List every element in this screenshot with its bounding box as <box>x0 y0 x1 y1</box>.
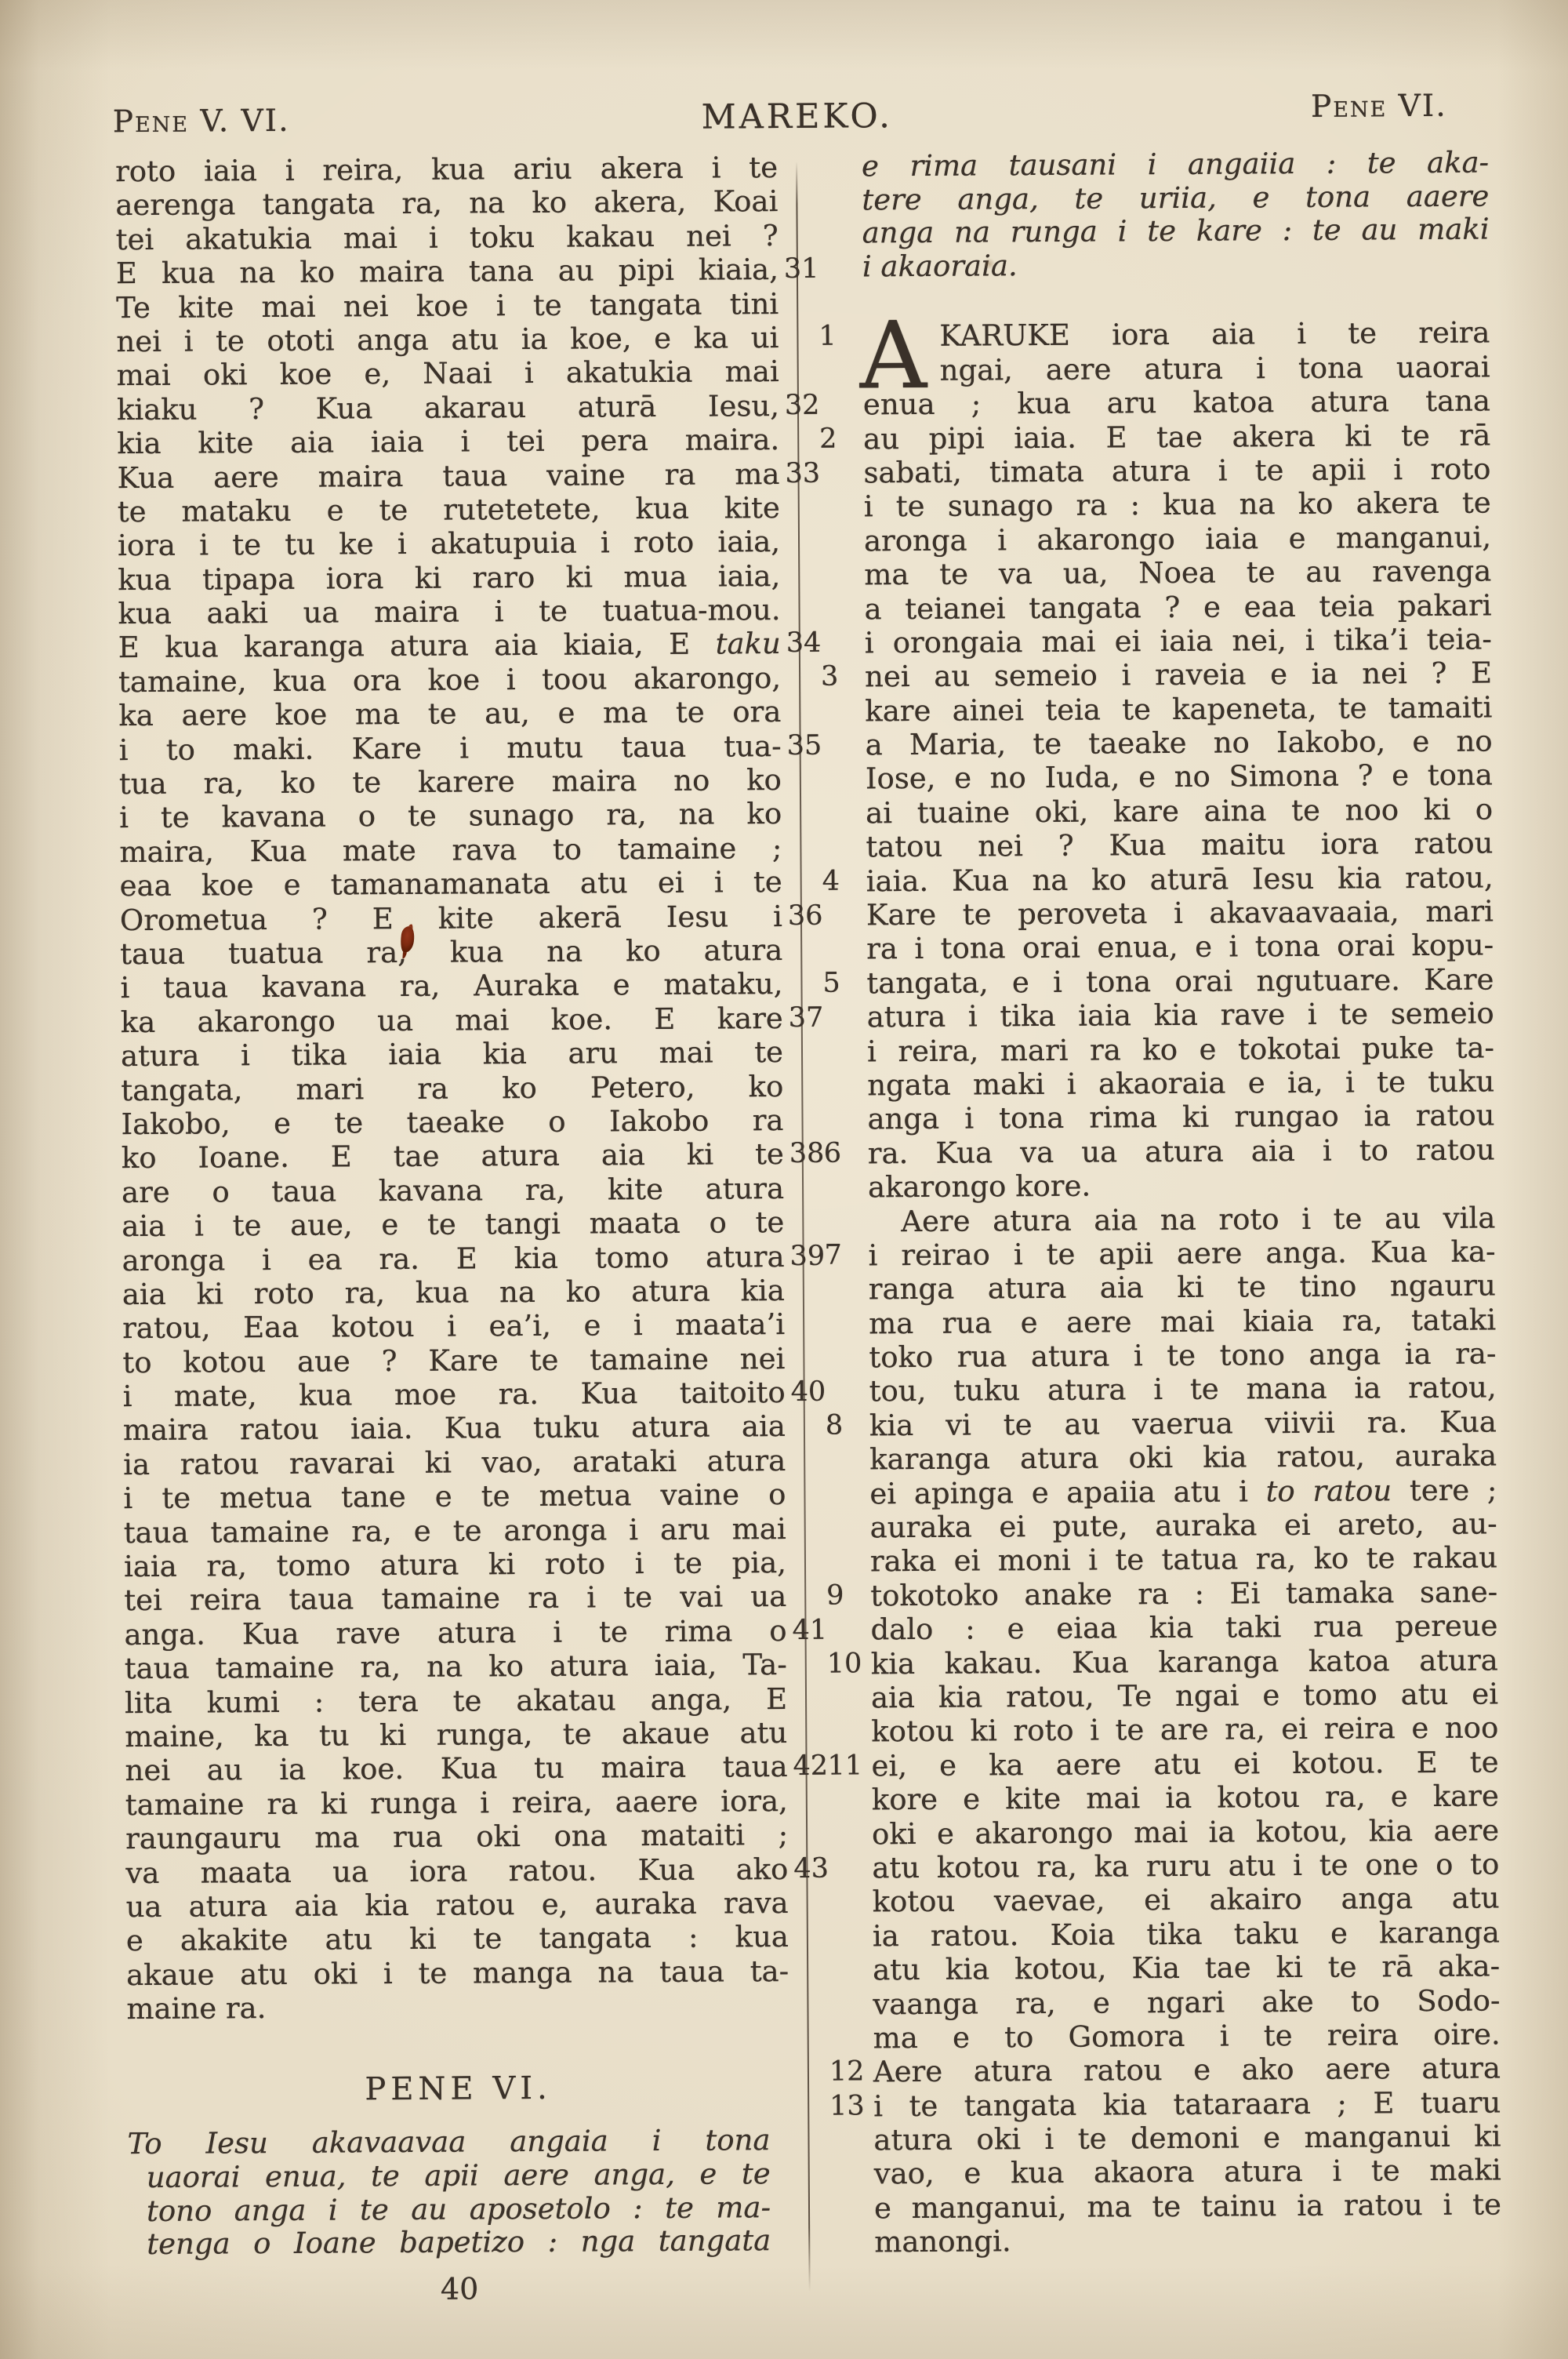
text-line: ka akarongo ua mai koe. E kare37 <box>121 1001 783 1040</box>
text-line: a Maria, te taeake no Iakobo, e no <box>865 725 1492 762</box>
text-line: va maata ua iora ratou. Kua ako43 <box>125 1852 788 1891</box>
text-line: i te metua tane e te metua vaine o <box>123 1478 786 1516</box>
text-line: atura i tika iaia kia rave i te semeio <box>867 997 1494 1034</box>
text-line: a teianei tangata ? e eaa teia pakari <box>864 588 1491 626</box>
text-line: are o taua kavana ra, kite atura <box>122 1172 784 1210</box>
text-line: lita kumi : tera te akatau anga, E <box>125 1682 787 1721</box>
text-line: taua tuatua ra, kua na ko atura <box>120 933 782 972</box>
text-line: ratou, Eaa kotou i ea’i, e i maata’i <box>122 1307 785 1346</box>
text-line: raungauru ma rua oki ona mataiti ; <box>125 1818 788 1856</box>
text-line: Orometua ? E kite akerā Iesu i36 <box>120 900 782 938</box>
book-page-scan: Pene V. VI. MAREKO. Pene VI. roto iaia i… <box>0 0 1568 2359</box>
text-line: taua tamaine ra, e te aronga i aru mai <box>124 1512 786 1550</box>
text-line: kua tipapa iora ki raro ki mua iaia, <box>118 559 780 598</box>
text-line: maira, Kua mate rava to tamaine ; <box>119 831 782 870</box>
text-line: kia kite aia iaia i tei pera maira. <box>117 423 779 461</box>
running-head-left: Pene V. VI. <box>113 104 290 140</box>
text-line: kiaku ? Kua akarau aturā Iesu,32 <box>117 389 779 427</box>
verse-number: 32 <box>785 388 848 423</box>
text-line: kare ainei teia te kapeneta, te tamaiti <box>865 690 1492 728</box>
text-line: nei i te ototi anga atu ia koe, e ka ui <box>116 321 779 359</box>
text-line: tamaine ra ki runga i reira, aaere iora, <box>125 1784 788 1823</box>
text-line: dalo : e eiaa kia taki rua pereue <box>870 1609 1497 1647</box>
right-column: e rima tausani i angaiia : te aka-tere a… <box>862 146 1501 2259</box>
text-line: ra. Kua va ua atura aia i to ratou6 <box>868 1132 1495 1170</box>
text-line: ia ratou. Koia tika taku e karanga <box>873 1915 1500 1953</box>
text-line: To Iesu akavaavaa angaia i tona <box>127 2125 770 2162</box>
text-line: i mate, kua moe ra. Kua taitoito40 <box>123 1376 786 1414</box>
text-line: atu kotou ra, ka ruru atu i te one o to <box>872 1847 1499 1885</box>
text-line: e manganui, ma te tainu ia ratou i te <box>874 2187 1501 2225</box>
text-line: anga i tona rima ki rungao ia ratou <box>867 1099 1494 1136</box>
text-line: i taua kavana ra, Auraka e mataku, <box>120 967 782 1005</box>
text-line: akaue atu oki i te manga na taua ta- <box>126 1954 789 1993</box>
text-line: atu kia kotou, Kia tae ki te rā aka- <box>873 1950 1500 1987</box>
text-line: i reirao i te apii aere anga. Kua ka-7 <box>868 1234 1495 1272</box>
left-column: roto iaia i reira, kua ariu akera i teae… <box>115 151 791 2308</box>
verse-number: 35 <box>786 729 849 763</box>
text-line: ngata maki i akaoraia e ia, i te tuku <box>867 1064 1494 1102</box>
verse-number: 9 <box>826 1579 867 1613</box>
text-line: kia kakau. Kua karanga katoa atura10 <box>871 1643 1498 1681</box>
text-line: tokotoko anake ra : Ei tamaka sane-9 <box>870 1575 1497 1612</box>
running-head-title: MAREKO. <box>701 96 893 136</box>
verse-number: 3 <box>821 660 862 695</box>
text-line: te mataku e te rutetetete, kua kite <box>118 491 780 529</box>
text-line: tono anga i te au aposetolo : te ma- <box>128 2191 771 2229</box>
text-line: i te kavana o te sunago ra, na ko <box>119 797 782 835</box>
text-line: uaorai enua, te apii aere anga, e te <box>128 2157 771 2195</box>
text-line: i orongaia mai ei iaia nei, i tika’i tei… <box>865 622 1492 660</box>
text-line: maine, ka tu ki runga, te akaue atu <box>125 1716 787 1754</box>
text-line: akarongo kore. <box>868 1167 1495 1205</box>
text-line: ma te va ua, Noea te au ravenga <box>864 554 1491 592</box>
text-line: nei au semeio i raveia e ia nei ? E3 <box>865 656 1492 694</box>
text-line: sabati, timata atura i te apii i roto <box>863 452 1490 489</box>
text-line: tangata, e i tona orai ngutuare. Kare5 <box>866 962 1494 1000</box>
text-line: tei akatukia mai i toku kakau nei ? <box>116 219 779 257</box>
text-line: aia kia ratou, Te ngai e tomo atu ei <box>871 1677 1498 1714</box>
text-line: i to maki. Kare i mutu taua tua-35 <box>119 729 782 768</box>
text-line: raka ei moni i te tatua ra, ko te rakau <box>870 1541 1497 1579</box>
text-line: toko rua atura i te tono anga ia ra- <box>869 1337 1496 1375</box>
text-line: aia ki roto ra, kua na ko atura kia <box>122 1274 785 1312</box>
page-number: 40 <box>129 2270 791 2309</box>
text-line: aia i te aue, e te tangi maata o te <box>122 1205 784 1244</box>
text-line: tenga o Ioane bapetizo : nga tangata <box>128 2224 771 2262</box>
text-line: ma rua e aere mai kiaia ra, tataki <box>869 1303 1496 1340</box>
text-line: ngai, aere atura i tona uaorai <box>863 350 1490 387</box>
text-line: E kua na ko maira tana au pipi kiaia,31 <box>116 253 779 291</box>
text-line: oki e akarongo mai ia kotou, kia aere <box>872 1813 1499 1851</box>
text-line: ai tuaine oki, kare aina te noo ki o <box>866 792 1493 830</box>
verse-number: 4 <box>822 864 863 899</box>
text-line: ranga atura aia ki te tino ngauru <box>869 1269 1496 1307</box>
text-line: ma e to Gomora i te reira oire. <box>873 2017 1501 2055</box>
text-line: iaia ra, tomo atura ki roto i te pia, <box>124 1546 786 1584</box>
text-line: i te sunago ra : kua na ko akera te <box>864 486 1491 524</box>
text-line: tou, tuku atura i te mana ia ratou, <box>869 1371 1497 1408</box>
verse-number: 6 <box>824 1136 865 1171</box>
text-line: Aere atura ratou e ako aere atura12 <box>873 2052 1501 2089</box>
text-line: Kare te peroveta i akavaavaaia, mari <box>866 894 1494 932</box>
left-column-body: roto iaia i reira, kua ariu akera i teae… <box>115 151 789 2026</box>
verse-number: 41 <box>792 1613 855 1648</box>
text-line: manongi. <box>874 2222 1501 2259</box>
verse-number: 7 <box>824 1238 865 1273</box>
chapter-summary-continued: e rima tausani i angaiia : te aka-tere a… <box>862 146 1490 283</box>
text-line: tangata, mari ra ko Petero, ko <box>121 1070 783 1108</box>
text-line: auraka ei pute, auraka ei areto, au- <box>870 1507 1497 1544</box>
text-line: Iakobo, e te taeake o Iakobo ra <box>121 1103 783 1142</box>
text-line: to kotou aue ? Kare te tamaine nei <box>122 1342 785 1380</box>
verse-number: 10 <box>827 1647 868 1681</box>
text-line: ei, e ka aere atu ei kotou. E te11 <box>871 1745 1498 1783</box>
text-line: iora i te tu ke i akatupuia i roto iaia, <box>118 525 780 563</box>
verse-number: 40 <box>791 1376 854 1410</box>
text-line: i reira, mari ra ko e tokotai puke ta- <box>867 1030 1494 1068</box>
verse-number: 37 <box>789 1001 851 1035</box>
text-line: ua atura aia kia ratou e, auraka rava <box>126 1886 789 1925</box>
text-line: karanga atura oki kia ratou, auraka <box>869 1439 1497 1477</box>
text-line: au pipi iaia. E tae akera ki te rā2 <box>863 418 1490 456</box>
verse-number: 43 <box>793 1852 856 1886</box>
text-line: eaa koe e tamanamanata atu ei i te <box>120 865 782 903</box>
text-line: tamaine, kua ora koe i toou akarongo, <box>118 661 781 700</box>
text-line: ko Ioane. E tae atura aia ki te38 <box>122 1137 784 1176</box>
text-line: roto iaia i reira, kua ariu akera i te <box>115 151 778 189</box>
text-line: mai oki koe e, Naai i akatukia mai <box>117 354 779 393</box>
text-line: ia ratou ravarai ki vao, arataki atura <box>123 1444 786 1482</box>
text-line: tere anga, te uriia, e tona aaere <box>862 180 1489 216</box>
text-line: aronga i ea ra. E kia tomo atura39 <box>122 1239 784 1278</box>
text-line: e akakite atu ki te tangata : kua <box>126 1920 789 1958</box>
verse-number: 1 <box>818 320 859 354</box>
chapter-summary: To Iesu akavaavaa angaia i tonauaorai en… <box>127 2125 771 2262</box>
text-line: maira ratou iaia. Kua tuku atura aia <box>123 1409 786 1448</box>
text-line: ra i tona orai enua, e i tona orai kopu- <box>866 929 1494 966</box>
verse-number: 12 <box>829 2055 870 2090</box>
verse-number: 8 <box>826 1408 866 1443</box>
text-line: Te kite mai nei koe i te tangata tini <box>116 287 779 325</box>
text-line: Kua aere maira taua vaine ra ma33 <box>117 457 779 496</box>
text-line: atura i tika iaia kia aru mai te <box>121 1035 783 1074</box>
text-line: iaia. Kua na ko aturā Iesu kia ratou,4 <box>866 860 1494 898</box>
text-line: anga. Kua rave atura i te rima o41 <box>124 1614 786 1652</box>
text-line: i akaoraia. <box>862 246 1490 283</box>
text-line: vaanga ra, e ngari ake to Sodo- <box>873 1983 1500 2021</box>
text-line: ei apinga e apaiia atu i to ratou tere ; <box>869 1473 1497 1510</box>
verse-number: 5 <box>822 966 863 1001</box>
text-line: taua tamaine ra, na ko atura iaia, Ta- <box>125 1648 787 1686</box>
text-line: ka aere koe ma te au, e ma te ora <box>118 695 781 733</box>
verse-number: 34 <box>786 627 849 661</box>
text-line: kotou ki roto i te are ra, ei reira e no… <box>871 1711 1498 1749</box>
text-line: aronga i akarongo iaia e manganui, <box>864 520 1491 558</box>
verse-number: 36 <box>788 899 851 933</box>
chapter-heading: PENE VI. <box>127 2067 789 2110</box>
text-line: kore e kite mai ia kotou ra, e kare <box>872 1779 1499 1817</box>
verse-number: 2 <box>819 422 860 456</box>
text-line: kua aaki ua maira i te tuatua-mou. <box>118 593 780 631</box>
text-line: E kua karanga atura aia kiaia, E taku34 <box>118 627 781 665</box>
verse-number: 33 <box>785 456 848 491</box>
text-line: tatou nei ? Kua maitu iora ratou <box>866 827 1493 864</box>
text-line: e rima tausani i angaiia : te aka- <box>862 146 1489 183</box>
verse-number: 31 <box>784 253 847 287</box>
right-column-body: A KARUKE iora aia i te reira1ngai, aere … <box>862 316 1501 2259</box>
page-content: Pene V. VI. MAREKO. Pene VI. roto iaia i… <box>0 0 1568 2359</box>
verse-number: 13 <box>829 2089 870 2124</box>
text-line: KARUKE iora aia i te reira1 <box>862 316 1490 354</box>
text-line: kia vi te au vaerua viivii ra. Kua8 <box>869 1405 1497 1442</box>
text-line: maine ra. <box>126 1988 789 2026</box>
text-line: i te tangata kia tataraara ; E tuaru13 <box>873 2085 1501 2123</box>
text-line: aerenga tangata ra, na ko akera, Koai <box>115 184 778 223</box>
text-line: atura oki i te demoni e manganui ki <box>873 2120 1501 2157</box>
text-line: tei reira taua tamaine ra i te vai ua <box>124 1579 786 1618</box>
text-line: Iose, e no Iuda, e no Simona ? e tona <box>866 758 1493 796</box>
text-line: kotou vaevae, ei akairo anga atu <box>872 1881 1499 1919</box>
text-line: Aere atura aia na roto i te au vila <box>868 1201 1495 1238</box>
text-line: tua ra, ko te karere maira no ko <box>119 763 782 801</box>
text-line: nei au ia koe. Kua tu maira taua42 <box>125 1750 787 1788</box>
text-line: anga na runga i te kare : te au maki <box>862 213 1490 250</box>
text-line: enua ; kua aru katoa atura tana <box>863 384 1490 422</box>
paper-smudge <box>984 257 995 270</box>
text-line: vao, e kua akaora atura i te maki <box>874 2154 1501 2191</box>
verse-number: 11 <box>827 1749 868 1783</box>
running-head-right: Pene VI. <box>1311 89 1447 125</box>
